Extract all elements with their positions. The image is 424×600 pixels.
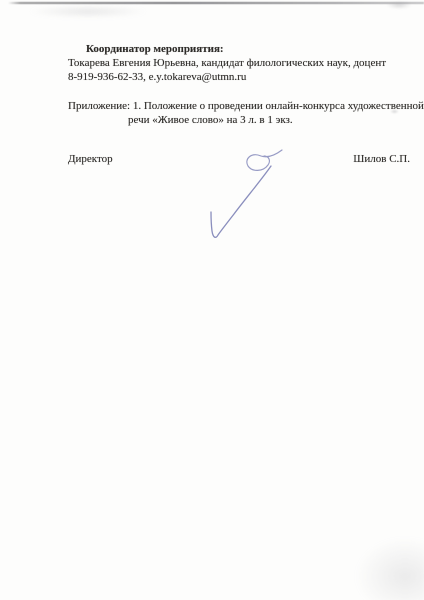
letter-body: Координатор мероприятия: Токарева Евгени… <box>0 0 424 166</box>
signature-loop-stroke <box>247 150 282 170</box>
scanned-letter-page: Координатор мероприятия: Токарева Евгени… <box>0 0 424 600</box>
scan-smudge-bottom-right <box>356 538 424 600</box>
attachment-block: Приложение: 1. Положение о проведении он… <box>68 99 410 127</box>
signer-name: Шилов С.П. <box>353 152 410 166</box>
attachment-line-1: Приложение: 1. Положение о проведении он… <box>68 99 410 113</box>
coordinator-contact-line: 8-919-936-62-33, e.y.tokareva@utmn.ru <box>68 70 410 84</box>
coordinator-name-line: Токарева Евгения Юрьевна, кандидат филол… <box>68 56 410 70</box>
attachment-line-2: речи «Живое слово» на 3 л. в 1 экз. <box>68 113 410 127</box>
handwritten-signature-icon <box>202 144 292 244</box>
coordinator-heading: Координатор мероприятия: <box>68 42 410 56</box>
signer-title: Директор <box>68 152 113 166</box>
signature-tail-stroke <box>211 166 271 237</box>
